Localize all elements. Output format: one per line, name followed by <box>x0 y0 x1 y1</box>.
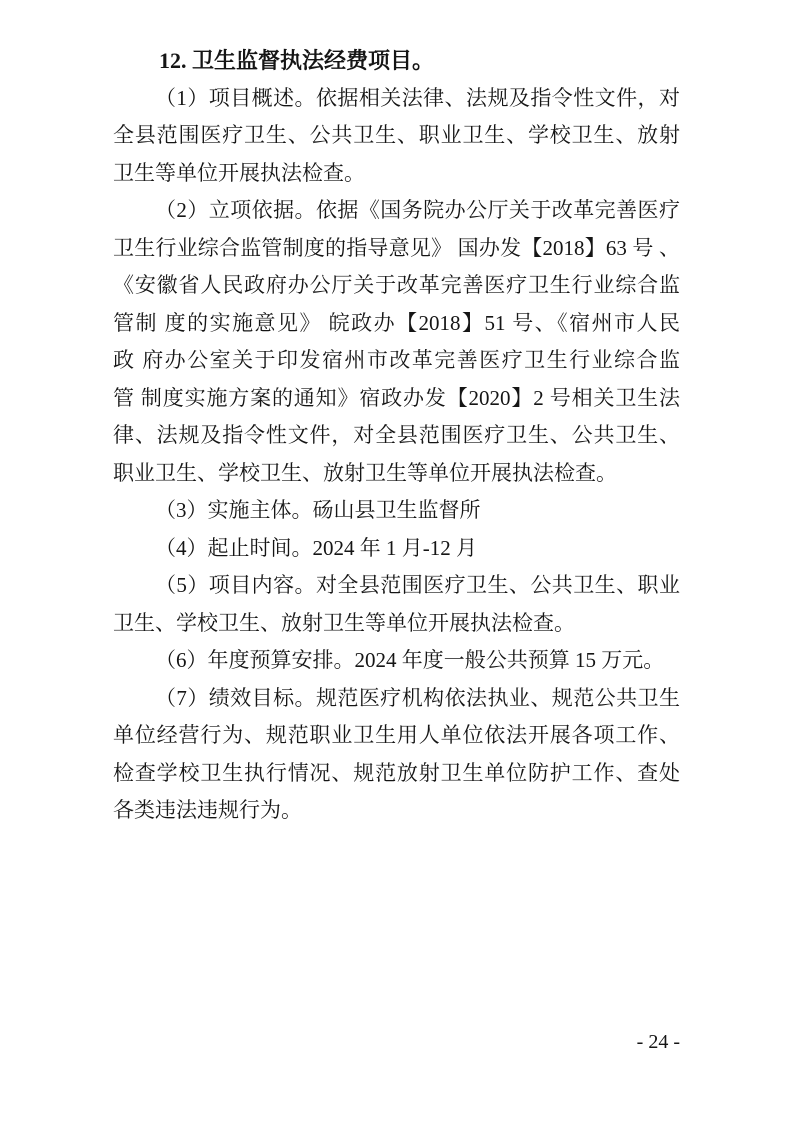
text-line: 卫生等单位开展执法检查。 <box>113 155 680 193</box>
section-heading: 12. 卫生监督执法经费项目。 <box>113 42 680 80</box>
document-body: 12. 卫生监督执法经费项目。 （1）项目概述。依据相关法律、法规及指令性文件，… <box>113 42 680 830</box>
text-line: （3）实施主体。砀山县卫生监督所 <box>113 492 680 530</box>
text-line: 政 府办公室关于印发宿州市改革完善医疗卫生行业综合监 <box>113 342 680 380</box>
text-line: 管制 度的实施意见》 皖政办【2018】51 号、《宿州市人民 <box>113 305 680 343</box>
paragraph-1-overview: （1）项目概述。依据相关法律、法规及指令性文件，对 全县范围医疗卫生、公共卫生、… <box>113 80 680 193</box>
paragraph-4-time-period: （4）起止时间。2024 年 1 月-12 月 <box>113 530 680 568</box>
document-page: 12. 卫生监督执法经费项目。 （1）项目概述。依据相关法律、法规及指令性文件，… <box>0 0 793 1122</box>
text-line: （2）立项依据。依据《国务院办公厅关于改革完善医疗 <box>113 192 680 230</box>
text-line: 管 制度实施方案的通知》宿政办发【2020】2 号相关卫生法 <box>113 380 680 418</box>
text-line: 职业卫生、学校卫生、放射卫生等单位开展执法检查。 <box>113 455 680 493</box>
text-line: （6）年度预算安排。2024 年度一般公共预算 15 万元。 <box>113 642 680 680</box>
paragraph-6-annual-budget: （6）年度预算安排。2024 年度一般公共预算 15 万元。 <box>113 642 680 680</box>
text-line: 卫生行业综合监管制度的指导意见》 国办发【2018】63 号 、 <box>113 230 680 268</box>
text-line: 单位经营行为、规范职业卫生用人单位依法开展各项工作、 <box>113 717 680 755</box>
text-line: （4）起止时间。2024 年 1 月-12 月 <box>113 530 680 568</box>
text-line: （7）绩效目标。规范医疗机构依法执业、规范公共卫生 <box>113 680 680 718</box>
text-line: 全县范围医疗卫生、公共卫生、职业卫生、学校卫生、放射 <box>113 117 680 155</box>
text-line: 各类违法违规行为。 <box>113 792 680 830</box>
text-line: 《安徽省人民政府办公厅关于改革完善医疗卫生行业综合监 <box>113 267 680 305</box>
text-line: 卫生、学校卫生、放射卫生等单位开展执法检查。 <box>113 605 680 643</box>
paragraph-5-project-content: （5）项目内容。对全县范围医疗卫生、公共卫生、职业 卫生、学校卫生、放射卫生等单… <box>113 567 680 642</box>
paragraph-7-performance-goals: （7）绩效目标。规范医疗机构依法执业、规范公共卫生 单位经营行为、规范职业卫生用… <box>113 680 680 830</box>
text-line: 律、法规及指令性文件，对全县范围医疗卫生、公共卫生、 <box>113 417 680 455</box>
text-line: 检查学校卫生执行情况、规范放射卫生单位防护工作、查处 <box>113 755 680 793</box>
text-line: （1）项目概述。依据相关法律、法规及指令性文件，对 <box>113 80 680 118</box>
text-line: （5）项目内容。对全县范围医疗卫生、公共卫生、职业 <box>113 567 680 605</box>
paragraph-3-implementing-body: （3）实施主体。砀山县卫生监督所 <box>113 492 680 530</box>
page-number: - 24 - <box>637 1028 680 1056</box>
paragraph-2-legal-basis: （2）立项依据。依据《国务院办公厅关于改革完善医疗 卫生行业综合监管制度的指导意… <box>113 192 680 492</box>
